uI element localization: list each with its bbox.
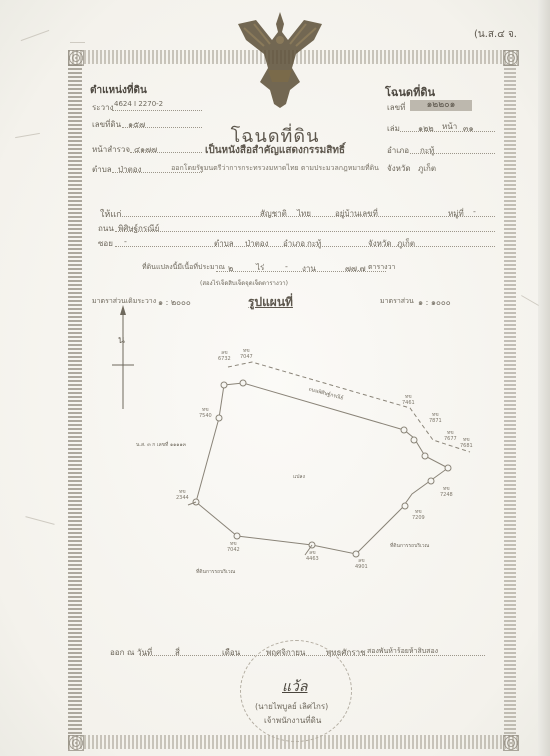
neighbor-bottom-left: ที่ดินการรถบริเวณ	[196, 568, 235, 576]
marker-label: ลข6732	[218, 350, 231, 362]
marker-label: ทข7209	[412, 509, 425, 521]
marker-label: ลข4901	[355, 558, 368, 570]
parcel-label: แปลง	[293, 473, 305, 481]
marker-label: ทข7042	[227, 541, 240, 553]
marker-label: ทข7681	[460, 437, 473, 449]
marker-label: ทข7677	[444, 430, 457, 442]
neighbor-left: น.ส. ๓ ก เลขที่ ๑๑๑๑๓	[136, 441, 186, 449]
marker-label: ทข7047	[240, 348, 253, 360]
marker-label: ทข2344	[176, 489, 189, 501]
marker-label: ทข7540	[199, 407, 212, 419]
issue-month-label: เดือน	[222, 646, 240, 659]
marker-label: ทข7871	[429, 412, 442, 424]
official-name: (นายไพบูลย์ เลิศไกร)	[255, 700, 328, 713]
signature: แว้ล	[282, 676, 307, 698]
issue-day: สี่	[175, 646, 180, 659]
official-position: เจ้าพนักงานที่ดิน	[264, 714, 321, 727]
marker-label: ทข7248	[440, 486, 453, 498]
marker-label: ลข4463	[306, 550, 319, 562]
issue-date-label: ออก ณ วันที่	[110, 646, 152, 659]
marker-label: ทข7461	[402, 394, 415, 406]
neighbor-bottom-right: ที่ดินการรถบริเวณ	[390, 542, 429, 550]
